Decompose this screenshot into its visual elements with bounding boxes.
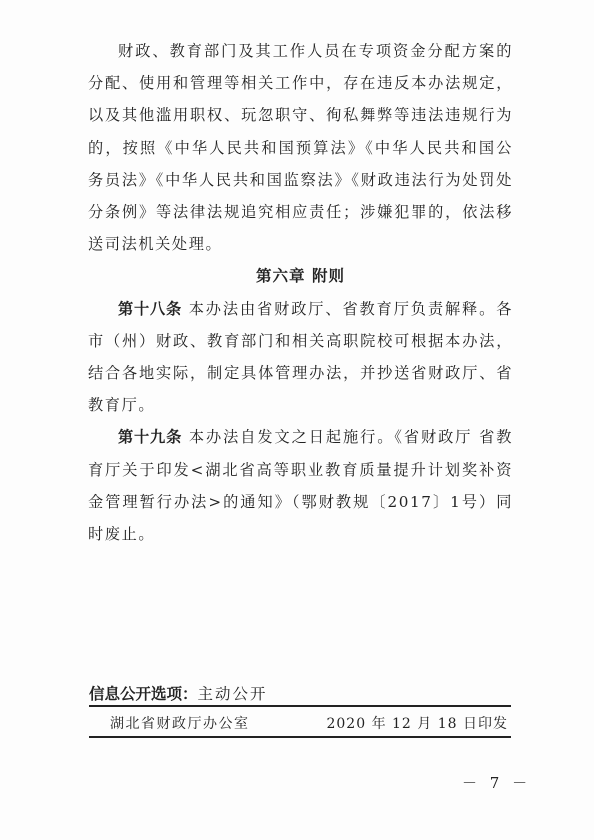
article-18: 第十八条 本办法由省财政厅、省教育厅负责解释。各市（州）财政、教育部门和相关高职…	[88, 293, 513, 422]
article-18-label: 第十八条	[118, 300, 182, 318]
paragraph-penalties: 财政、教育部门及其工作人员在专项资金分配方案的分配、使用和管理等相关工作中，存在…	[88, 35, 513, 260]
article-19: 第十九条 本办法自发文之日起施行。《省财政厅 省教育厅关于印发<湖北省高等职业教…	[88, 421, 513, 550]
document-body: 财政、教育部门及其工作人员在专项资金分配方案的分配、使用和管理等相关工作中，存在…	[88, 35, 513, 550]
article-19-label: 第十九条	[118, 428, 182, 446]
footer-rule-bottom	[89, 736, 511, 738]
issue-date: 2020 年 12 月 18 日印发	[326, 713, 508, 733]
disclosure-value: 主动公开	[198, 685, 268, 703]
chapter-heading: 第六章 附则	[88, 260, 513, 292]
issuing-office: 湖北省财政厅办公室	[110, 713, 250, 733]
page-number: － 7 －	[462, 772, 531, 793]
document-page: 财政、教育部门及其工作人员在专项资金分配方案的分配、使用和管理等相关工作中，存在…	[0, 0, 594, 840]
footer-rule-top	[89, 705, 511, 707]
disclosure-option: 信息公开选项：主动公开	[89, 682, 268, 704]
disclosure-label: 信息公开选项：	[89, 685, 198, 703]
